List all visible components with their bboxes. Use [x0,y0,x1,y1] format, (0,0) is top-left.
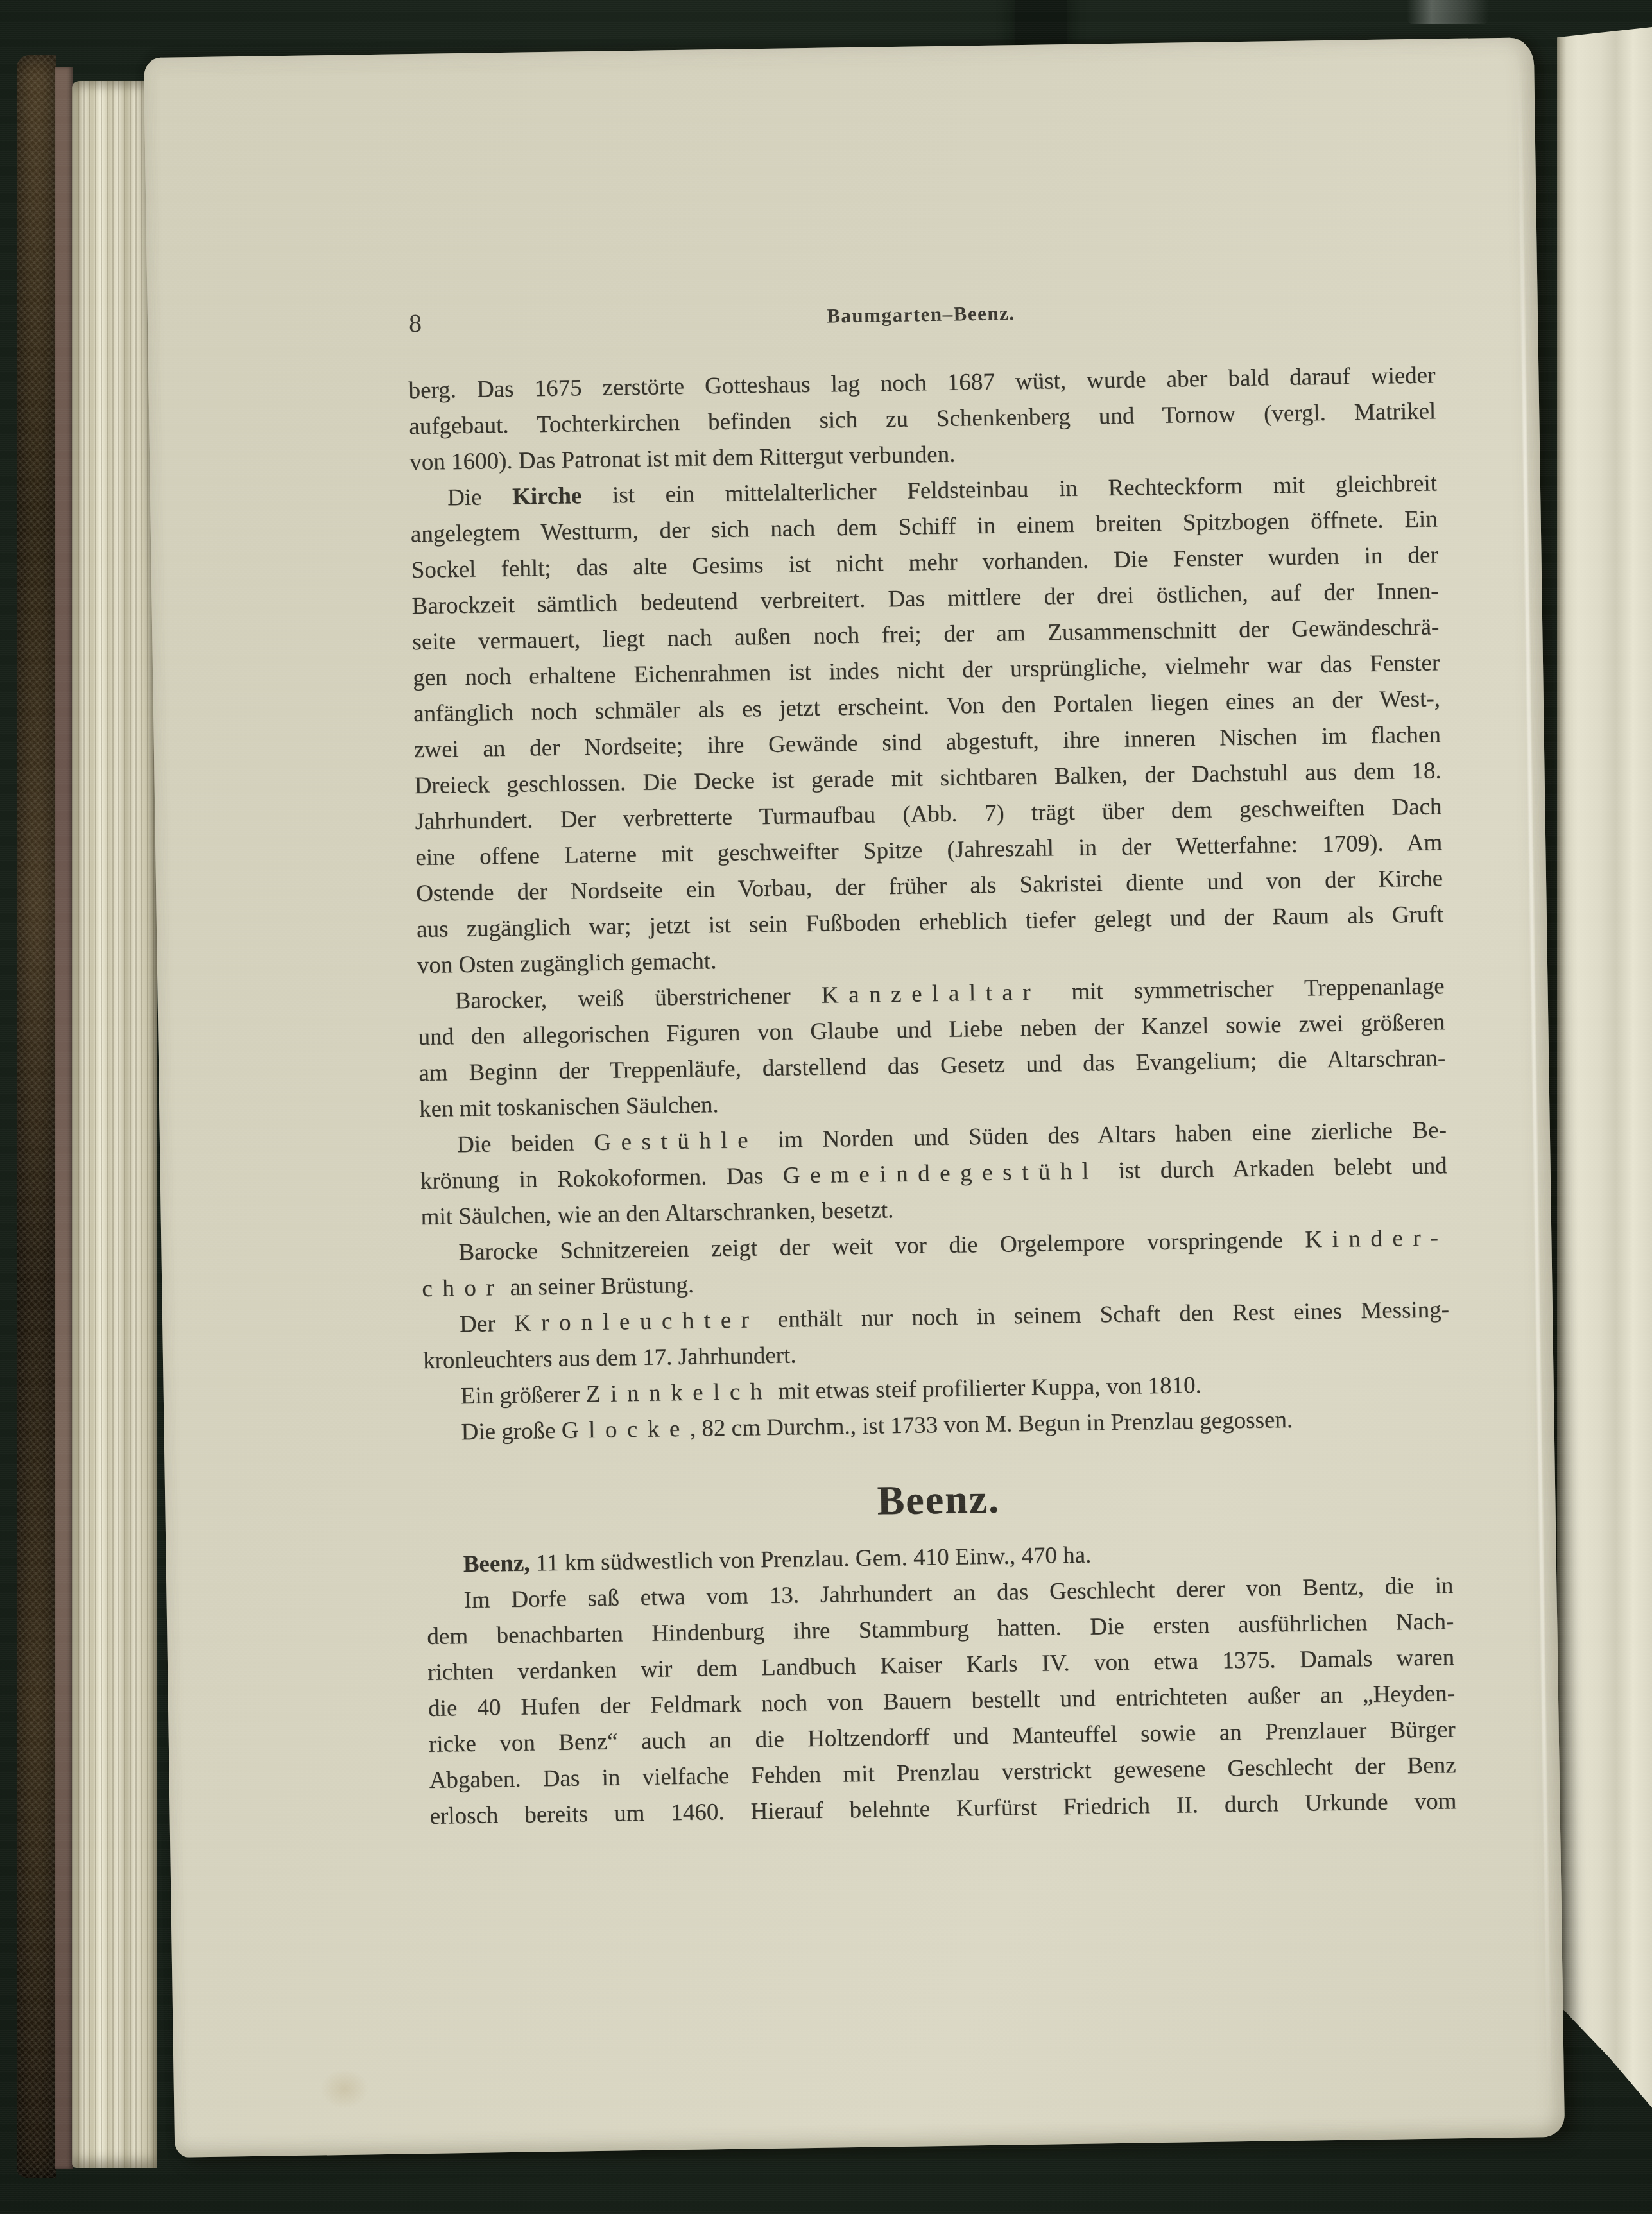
letterspaced-text: Zinnkelch [586,1378,772,1407]
scanner-clamp-reflection [1407,0,1489,24]
letterspaced-text: Gestühle [594,1127,758,1156]
bold-text: Beenz, [463,1550,529,1578]
paragraph: berg. Das 1675 zerstörte Gotteshaus lag … [408,357,1436,481]
page-header: 8 Baumgarten–Beenz. [408,290,1435,338]
letterspaced-text: Kanzelaltar [822,979,1041,1009]
page-stack-edges [72,81,157,2168]
letterspaced-text: Kinder- [1305,1224,1449,1253]
paragraph: Barocker, weiß überstrichener Kanzelalta… [417,968,1446,1128]
running-header: Baumgarten–Beenz. [408,295,1434,334]
scanner-background: 8 Baumgarten–Beenz. berg. Das 1675 zerst… [0,0,1652,2214]
book-cover-edge [17,55,56,2178]
paragraph: Die Kirche ist ein mittelalterlicher Fel… [410,465,1444,984]
paragraph: Die beiden Gestühle im Norden und Süden … [420,1112,1448,1235]
section-heading: Beenz. [425,1466,1452,1533]
paper-stain [320,2068,369,2109]
book-cover-inner-edge [55,67,73,2169]
page-fold-highlight [1517,63,1551,2098]
letterspaced-text: chor [422,1274,504,1302]
paragraph: Im Dorfe saß etwa vom 13. Jahrhundert an… [426,1568,1457,1835]
next-page-edge [1557,27,1652,2120]
book-page: 8 Baumgarten–Beenz. berg. Das 1675 zerst… [144,37,1565,2158]
text-column: berg. Das 1675 zerstörte Gotteshaus lag … [408,357,1457,1834]
letterspaced-text: Kronleuchter [514,1307,759,1337]
bold-text: Kirche [512,483,582,510]
letterspaced-text: Gemeindegestühl [782,1158,1099,1189]
letterspaced-text: Glocke [562,1416,691,1444]
